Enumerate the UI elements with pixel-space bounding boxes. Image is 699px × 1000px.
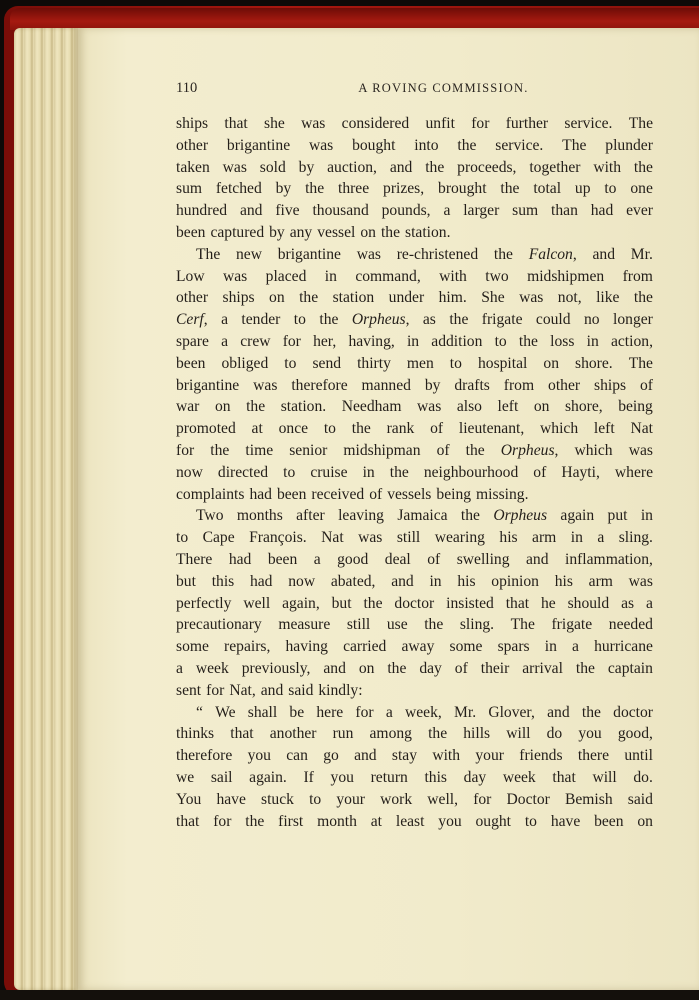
word: some bbox=[450, 636, 483, 658]
text-line: Therehadbeenagooddealofswellingandinflam… bbox=[176, 549, 653, 571]
word: on bbox=[359, 658, 375, 680]
word: on bbox=[637, 811, 653, 833]
word: on bbox=[360, 222, 376, 244]
word: brought bbox=[438, 178, 487, 200]
word: away bbox=[401, 636, 434, 658]
word: Low bbox=[176, 266, 205, 288]
word: left bbox=[498, 396, 519, 418]
word: which bbox=[575, 440, 613, 462]
word: placed bbox=[266, 266, 307, 288]
word: that bbox=[230, 723, 253, 745]
word: day bbox=[464, 767, 487, 789]
word: return bbox=[371, 767, 408, 789]
word: Nat, bbox=[229, 680, 255, 702]
word: at bbox=[371, 811, 382, 833]
word: abated, bbox=[331, 571, 376, 593]
word: obliged bbox=[221, 353, 268, 375]
word: he bbox=[541, 593, 556, 615]
word: again, bbox=[282, 593, 320, 615]
word: his bbox=[457, 571, 475, 593]
word: and bbox=[526, 549, 549, 571]
text-line: promotedatoncetotherankoflieutenant,whic… bbox=[176, 418, 653, 440]
word: swelling bbox=[457, 549, 510, 571]
word: inflammation, bbox=[565, 549, 653, 571]
word: other bbox=[548, 375, 580, 397]
word: on bbox=[215, 396, 231, 418]
word: that bbox=[176, 811, 199, 833]
word: on bbox=[543, 353, 559, 375]
word: doctor bbox=[394, 593, 434, 615]
word: that bbox=[506, 593, 529, 615]
word: the bbox=[582, 702, 601, 724]
word: had bbox=[591, 200, 614, 222]
text-line: Cerf,atendertotheOrpheus,asthefrigatecou… bbox=[176, 309, 653, 331]
word: once bbox=[279, 418, 308, 440]
word: and bbox=[390, 157, 413, 179]
word: again bbox=[560, 505, 594, 527]
word: and bbox=[391, 571, 414, 593]
word: arm bbox=[532, 527, 556, 549]
word: frigate bbox=[482, 309, 523, 331]
word: and bbox=[593, 244, 616, 266]
word: for bbox=[355, 702, 373, 724]
text-line: otherbrigantinewasboughtintotheservice.T… bbox=[176, 135, 653, 157]
word: thinks bbox=[176, 723, 214, 745]
word: complaints bbox=[176, 484, 244, 506]
word: should bbox=[568, 593, 610, 615]
word: like bbox=[596, 287, 619, 309]
word: left bbox=[594, 418, 615, 440]
word: still bbox=[347, 614, 370, 636]
word: the bbox=[390, 462, 409, 484]
word: week, bbox=[405, 702, 442, 724]
word: stuck bbox=[261, 789, 294, 811]
word: Nat bbox=[321, 527, 344, 549]
word: re-christened bbox=[397, 244, 478, 266]
word: Glover, bbox=[488, 702, 535, 724]
word: captain bbox=[608, 658, 653, 680]
word: the bbox=[500, 178, 519, 200]
word: hospital bbox=[478, 353, 527, 375]
word: service. bbox=[495, 135, 543, 157]
word: go bbox=[323, 745, 339, 767]
word: the bbox=[246, 396, 265, 418]
word: kindly: bbox=[318, 680, 362, 702]
word: any bbox=[290, 222, 313, 244]
body-text: shipsthatshewasconsideredunfitforfurther… bbox=[176, 113, 653, 832]
text-line: brigantinewasthereforemannedbydraftsfrom… bbox=[176, 375, 653, 397]
word: needed bbox=[609, 614, 653, 636]
word: to bbox=[604, 178, 616, 200]
word: in bbox=[429, 571, 441, 593]
word: neighbourhood bbox=[424, 462, 518, 484]
word: you bbox=[331, 767, 354, 789]
text-line: hundredandfivethousandpounds,alargersumt… bbox=[176, 200, 653, 222]
word: Bemish bbox=[565, 789, 613, 811]
word: the bbox=[494, 244, 513, 266]
word: tender bbox=[241, 309, 280, 331]
word: hundred bbox=[176, 200, 227, 222]
word: doctor bbox=[613, 702, 653, 724]
word: with bbox=[439, 266, 467, 288]
text-line: takenwassoldbyauction,andtheproceeds,tog… bbox=[176, 157, 653, 179]
word: the bbox=[634, 157, 653, 179]
word: addition bbox=[431, 331, 482, 353]
word: If bbox=[303, 767, 313, 789]
word: rank bbox=[387, 418, 415, 440]
word: Hayti, bbox=[561, 462, 600, 484]
word: Orpheus bbox=[493, 505, 547, 527]
word: manned bbox=[362, 375, 411, 397]
text-line: Youhavestucktoyourworkwell,forDoctorBemi… bbox=[176, 789, 653, 811]
word: was bbox=[309, 135, 333, 157]
word: further bbox=[506, 113, 548, 135]
word: been bbox=[277, 484, 306, 506]
word: was bbox=[629, 571, 653, 593]
word: a bbox=[572, 636, 579, 658]
word: loss bbox=[550, 331, 574, 353]
word: in bbox=[587, 331, 599, 353]
word: to bbox=[450, 353, 462, 375]
word: your bbox=[475, 745, 504, 767]
word: by bbox=[299, 157, 315, 179]
word: longer bbox=[613, 309, 653, 331]
word: Doctor bbox=[507, 789, 550, 811]
word: brigantine bbox=[176, 375, 239, 397]
word: that bbox=[224, 113, 247, 135]
word: shall bbox=[248, 702, 277, 724]
word: stay bbox=[392, 745, 417, 767]
word: still bbox=[397, 527, 420, 549]
word: a bbox=[176, 658, 183, 680]
word: Nat bbox=[630, 418, 653, 440]
word: service. bbox=[564, 113, 612, 135]
word: for bbox=[213, 811, 231, 833]
word: missing. bbox=[476, 484, 528, 506]
word: time bbox=[245, 440, 273, 462]
word: at bbox=[252, 418, 263, 440]
word: spars bbox=[498, 636, 530, 658]
word: new bbox=[236, 244, 262, 266]
book-cover-top-edge bbox=[10, 8, 699, 30]
word: could bbox=[536, 309, 571, 331]
word: as bbox=[423, 309, 436, 331]
word: the bbox=[245, 811, 264, 833]
word: taken bbox=[176, 157, 210, 179]
word: do bbox=[547, 723, 563, 745]
word: a bbox=[386, 702, 393, 724]
word: bought bbox=[352, 135, 395, 157]
word: of bbox=[455, 658, 468, 680]
word: ships bbox=[176, 113, 208, 135]
word: you bbox=[578, 723, 601, 745]
word: arm bbox=[589, 571, 613, 593]
word: midshipman bbox=[343, 440, 420, 462]
word: therefore bbox=[176, 745, 232, 767]
word: The bbox=[196, 244, 220, 266]
word: but bbox=[332, 593, 352, 615]
word: into bbox=[414, 135, 438, 157]
word: for bbox=[471, 113, 489, 135]
text-line: thatforthefirstmonthatleastyououghttohav… bbox=[176, 811, 653, 833]
word: also bbox=[457, 396, 482, 418]
word: Cape bbox=[203, 527, 235, 549]
text-line: waronthestation.Needhamwasalsoleftonshor… bbox=[176, 396, 653, 418]
word: sold bbox=[260, 157, 286, 179]
word: here bbox=[316, 702, 343, 724]
word: arrival bbox=[522, 658, 563, 680]
word: had bbox=[229, 549, 252, 571]
word: vessel bbox=[317, 222, 355, 244]
word: repairs, bbox=[224, 636, 270, 658]
word: said bbox=[288, 680, 313, 702]
text-line: Lowwasplacedincommand,withtwomidshipmenf… bbox=[176, 266, 653, 288]
word: previously, bbox=[242, 658, 311, 680]
word: of bbox=[427, 549, 440, 571]
text-line: sumfetchedbythethreeprizes,broughtthetot… bbox=[176, 178, 653, 200]
word: been bbox=[594, 811, 623, 833]
word: cruise bbox=[310, 462, 347, 484]
word: no bbox=[584, 309, 600, 331]
word: Needham bbox=[342, 396, 402, 418]
text-line: butthishadnowabated,andinhisopinionhisar… bbox=[176, 571, 653, 593]
text-line: “Weshallbehereforaweek,Mr.Glover,andthed… bbox=[176, 702, 653, 724]
word: the bbox=[381, 222, 400, 244]
word: carried bbox=[343, 636, 386, 658]
word: the bbox=[449, 309, 468, 331]
word: you bbox=[438, 811, 461, 833]
word: from bbox=[623, 266, 653, 288]
word: his bbox=[499, 527, 517, 549]
word: and bbox=[547, 702, 570, 724]
word: therefore bbox=[291, 375, 347, 397]
word: a bbox=[597, 527, 604, 549]
word: sling. bbox=[460, 614, 494, 636]
word: to bbox=[294, 309, 306, 331]
text-line: complaintshadbeenreceivedofvesselsbeingm… bbox=[176, 484, 653, 506]
word: this bbox=[424, 767, 447, 789]
word: plunder bbox=[605, 135, 653, 157]
word: Mr. bbox=[631, 244, 653, 266]
word: day bbox=[419, 658, 442, 680]
word: precautionary bbox=[176, 614, 262, 636]
word: was bbox=[519, 287, 543, 309]
text-line: thereforeyoucangoandstaywithyourfriendst… bbox=[176, 745, 653, 767]
word: be bbox=[289, 702, 304, 724]
word: have bbox=[216, 789, 245, 811]
word: being bbox=[618, 396, 653, 418]
word: for bbox=[473, 789, 491, 811]
word: “ bbox=[196, 702, 203, 724]
word: the bbox=[428, 723, 447, 745]
word: of bbox=[533, 462, 546, 484]
word: the bbox=[466, 440, 485, 462]
word: was bbox=[629, 440, 653, 462]
word: your bbox=[336, 789, 365, 811]
text-line: Thenewbrigantinewasre-christenedtheFalco… bbox=[176, 244, 653, 266]
word: Orpheus, bbox=[352, 309, 410, 331]
word: this bbox=[212, 571, 235, 593]
word: a bbox=[646, 593, 653, 615]
paragraph: Thenewbrigantinewasre-christenedtheFalco… bbox=[176, 244, 653, 506]
word: ought bbox=[475, 811, 511, 833]
word: We bbox=[215, 702, 235, 724]
word: been bbox=[268, 549, 297, 571]
word: station bbox=[333, 287, 375, 309]
word: She bbox=[481, 287, 504, 309]
word: perfectly bbox=[176, 593, 231, 615]
word: been bbox=[176, 353, 205, 375]
word: to bbox=[309, 789, 321, 811]
word: the bbox=[319, 309, 338, 331]
word: and bbox=[261, 680, 284, 702]
word: among bbox=[370, 723, 412, 745]
word: ships bbox=[594, 375, 626, 397]
text-line: othershipsonthestationunderhim.Shewasnot… bbox=[176, 287, 653, 309]
word: in bbox=[571, 527, 583, 549]
paragraph: “Weshallbehereforaweek,Mr.Glover,andthed… bbox=[176, 702, 653, 833]
word: hurricane bbox=[594, 636, 653, 658]
word: to bbox=[324, 418, 336, 440]
word: sling. bbox=[619, 527, 653, 549]
word: the bbox=[305, 178, 324, 200]
word: where bbox=[615, 462, 653, 484]
word: You bbox=[176, 789, 201, 811]
word: under bbox=[389, 287, 425, 309]
word: least bbox=[396, 811, 425, 833]
word: had bbox=[249, 484, 272, 506]
word: that bbox=[552, 767, 575, 789]
word: two bbox=[485, 266, 508, 288]
word: sum bbox=[512, 200, 538, 222]
word: will bbox=[506, 723, 530, 745]
text-line: sentforNat,andsaidkindly: bbox=[176, 680, 653, 702]
text-line: precautionarymeasurestillusethesling.The… bbox=[176, 614, 653, 636]
word: was bbox=[417, 396, 441, 418]
word: measure bbox=[278, 614, 330, 636]
word: insisted bbox=[446, 593, 494, 615]
word: captured bbox=[210, 222, 264, 244]
word: was bbox=[253, 375, 277, 397]
word: a bbox=[221, 309, 228, 331]
word: station. bbox=[405, 222, 450, 244]
text-line: wesailagain.Ifyoureturnthisdayweekthatwi… bbox=[176, 767, 653, 789]
word: François. bbox=[249, 527, 307, 549]
word: fetched bbox=[216, 178, 262, 200]
word: was bbox=[357, 244, 381, 266]
word: in bbox=[363, 462, 375, 484]
word: shore, bbox=[565, 396, 603, 418]
word: in bbox=[545, 636, 557, 658]
word: will bbox=[592, 767, 616, 789]
word: having bbox=[286, 636, 328, 658]
text-line: somerepairs,havingcarriedawaysomesparsin… bbox=[176, 636, 653, 658]
word: men bbox=[407, 353, 434, 375]
word: with bbox=[432, 745, 460, 767]
word: the bbox=[425, 157, 444, 179]
word: for bbox=[283, 331, 301, 353]
word: in bbox=[407, 331, 419, 353]
word: the bbox=[576, 658, 595, 680]
word: can bbox=[286, 745, 308, 767]
word: work bbox=[380, 789, 412, 811]
word: again. bbox=[249, 767, 287, 789]
word: by bbox=[276, 178, 292, 200]
text-line: beencapturedbyanyvesselonthestation. bbox=[176, 222, 653, 244]
word: months bbox=[237, 505, 283, 527]
word: now bbox=[176, 462, 203, 484]
text-line: beenobligedtosendthirtymentohospitalonsh… bbox=[176, 353, 653, 375]
word: pounds, bbox=[382, 200, 431, 222]
word: The bbox=[629, 353, 653, 375]
word: The bbox=[511, 614, 535, 636]
word: other bbox=[176, 135, 208, 157]
word: frigate bbox=[551, 614, 592, 636]
word: have bbox=[551, 811, 580, 833]
word: leaving bbox=[338, 505, 384, 527]
word: the bbox=[387, 658, 406, 680]
word: by bbox=[269, 222, 285, 244]
word: well, bbox=[427, 789, 458, 811]
word: being bbox=[436, 484, 471, 506]
word: been bbox=[176, 222, 205, 244]
word: his bbox=[555, 571, 573, 593]
word: Jamaica bbox=[397, 505, 447, 527]
word: Orpheus, bbox=[501, 440, 559, 462]
word: of bbox=[430, 418, 443, 440]
word: the bbox=[352, 418, 371, 440]
word: command, bbox=[355, 266, 420, 288]
word: prizes, bbox=[383, 178, 424, 200]
word: friends bbox=[519, 745, 562, 767]
word: to bbox=[284, 353, 296, 375]
word: unfit bbox=[425, 113, 454, 135]
word: put bbox=[608, 505, 628, 527]
word: lieutenant, bbox=[459, 418, 524, 440]
word: station. bbox=[281, 396, 326, 418]
word: Falcon, bbox=[529, 244, 577, 266]
word: in bbox=[641, 505, 653, 527]
word: midshipmen bbox=[527, 266, 604, 288]
word: another bbox=[270, 723, 317, 745]
word: one bbox=[630, 178, 653, 200]
word: three bbox=[338, 178, 369, 200]
paragraph: shipsthatshewasconsideredunfitforfurther… bbox=[176, 113, 653, 244]
text-line: perfectlywellagain,butthedoctorinsistedt… bbox=[176, 593, 653, 615]
word: after bbox=[296, 505, 325, 527]
word: thirty bbox=[357, 353, 391, 375]
word: of bbox=[437, 440, 450, 462]
word: you bbox=[248, 745, 271, 767]
word: week bbox=[196, 658, 229, 680]
word: a bbox=[221, 331, 228, 353]
word: there bbox=[578, 745, 609, 767]
word: There bbox=[176, 549, 212, 571]
word: well bbox=[243, 593, 270, 615]
word: and bbox=[240, 200, 263, 222]
word: Cerf, bbox=[176, 309, 208, 331]
word: to bbox=[283, 462, 295, 484]
word: the bbox=[363, 593, 382, 615]
word: five bbox=[275, 200, 299, 222]
word: had bbox=[250, 571, 273, 593]
word: a bbox=[443, 200, 450, 222]
text-line: aweekpreviously,andonthedayoftheirarriva… bbox=[176, 658, 653, 680]
word: Mr. bbox=[454, 702, 476, 724]
word: week bbox=[503, 767, 536, 789]
word: brigantine bbox=[227, 135, 290, 157]
word: which bbox=[540, 418, 578, 440]
